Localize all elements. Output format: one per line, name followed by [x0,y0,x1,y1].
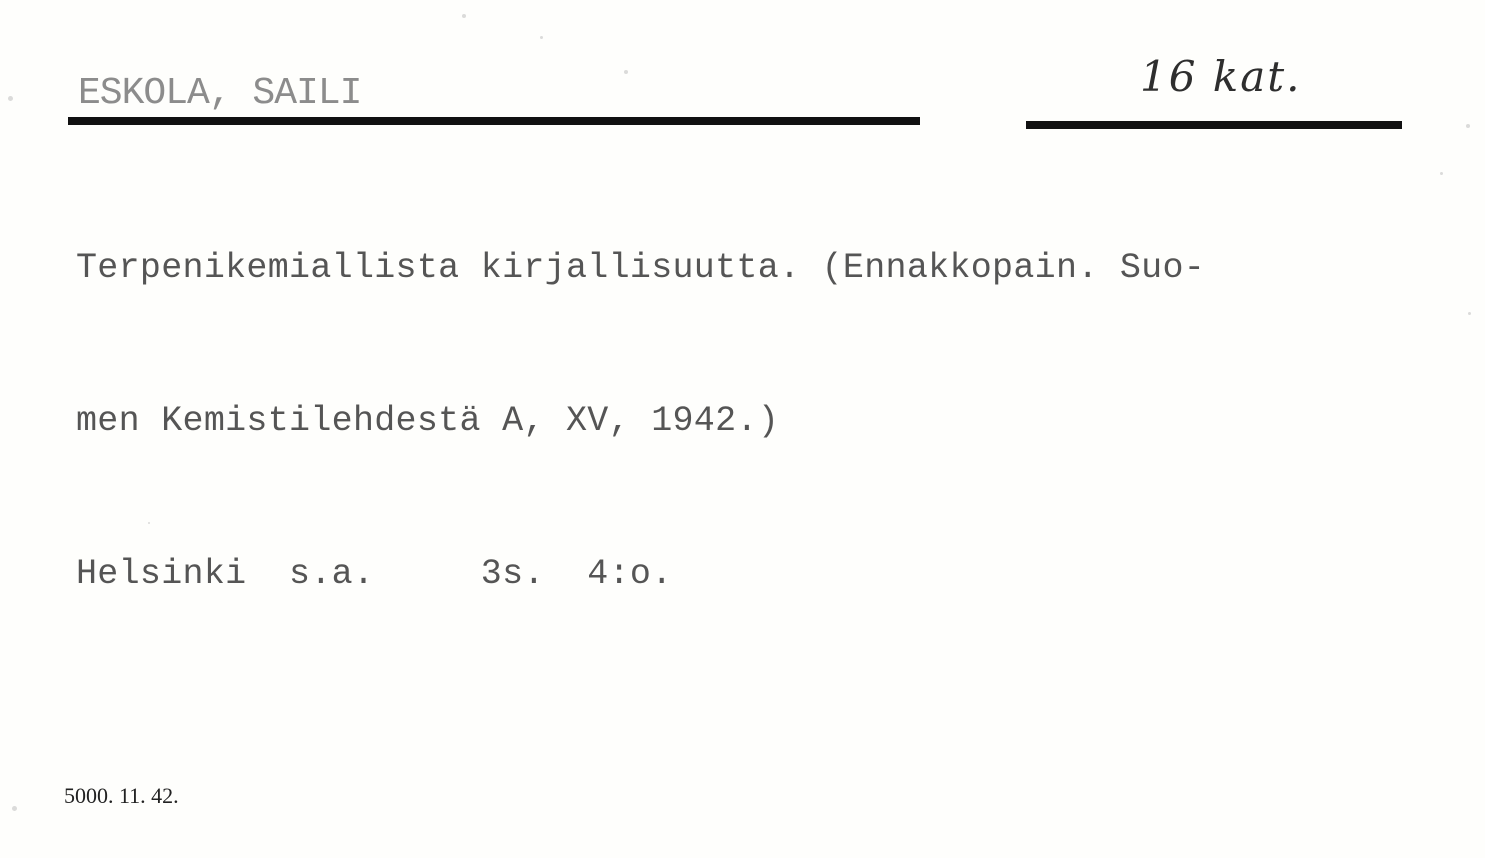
author-heading: ESKOLA, SAILI [78,72,361,115]
paper-speck [462,14,466,18]
catalog-card: ESKOLA, SAILI 16 kat. Terpenikemiallista… [0,0,1485,858]
paper-speck [540,36,543,39]
heading-rule [68,117,920,125]
shelf-mark: 16 kat. [1140,52,1302,101]
entry-source-line: men Kemistilehdestä A, XV, 1942.) [76,396,1205,447]
paper-speck [1466,124,1470,128]
shelf-mark-rule [1026,121,1402,129]
printer-note: 5000. 11. 42. [64,783,179,809]
paper-speck [1440,172,1443,175]
entry-imprint-line: Helsinki s.a. 3s. 4:o. [76,549,1205,600]
paper-speck [8,96,13,101]
paper-speck [12,806,17,811]
paper-speck [1468,312,1471,315]
paper-speck [624,70,628,74]
bibliographic-entry: Terpenikemiallista kirjallisuutta. (Enna… [76,141,1205,702]
entry-title-line: Terpenikemiallista kirjallisuutta. (Enna… [76,243,1205,294]
